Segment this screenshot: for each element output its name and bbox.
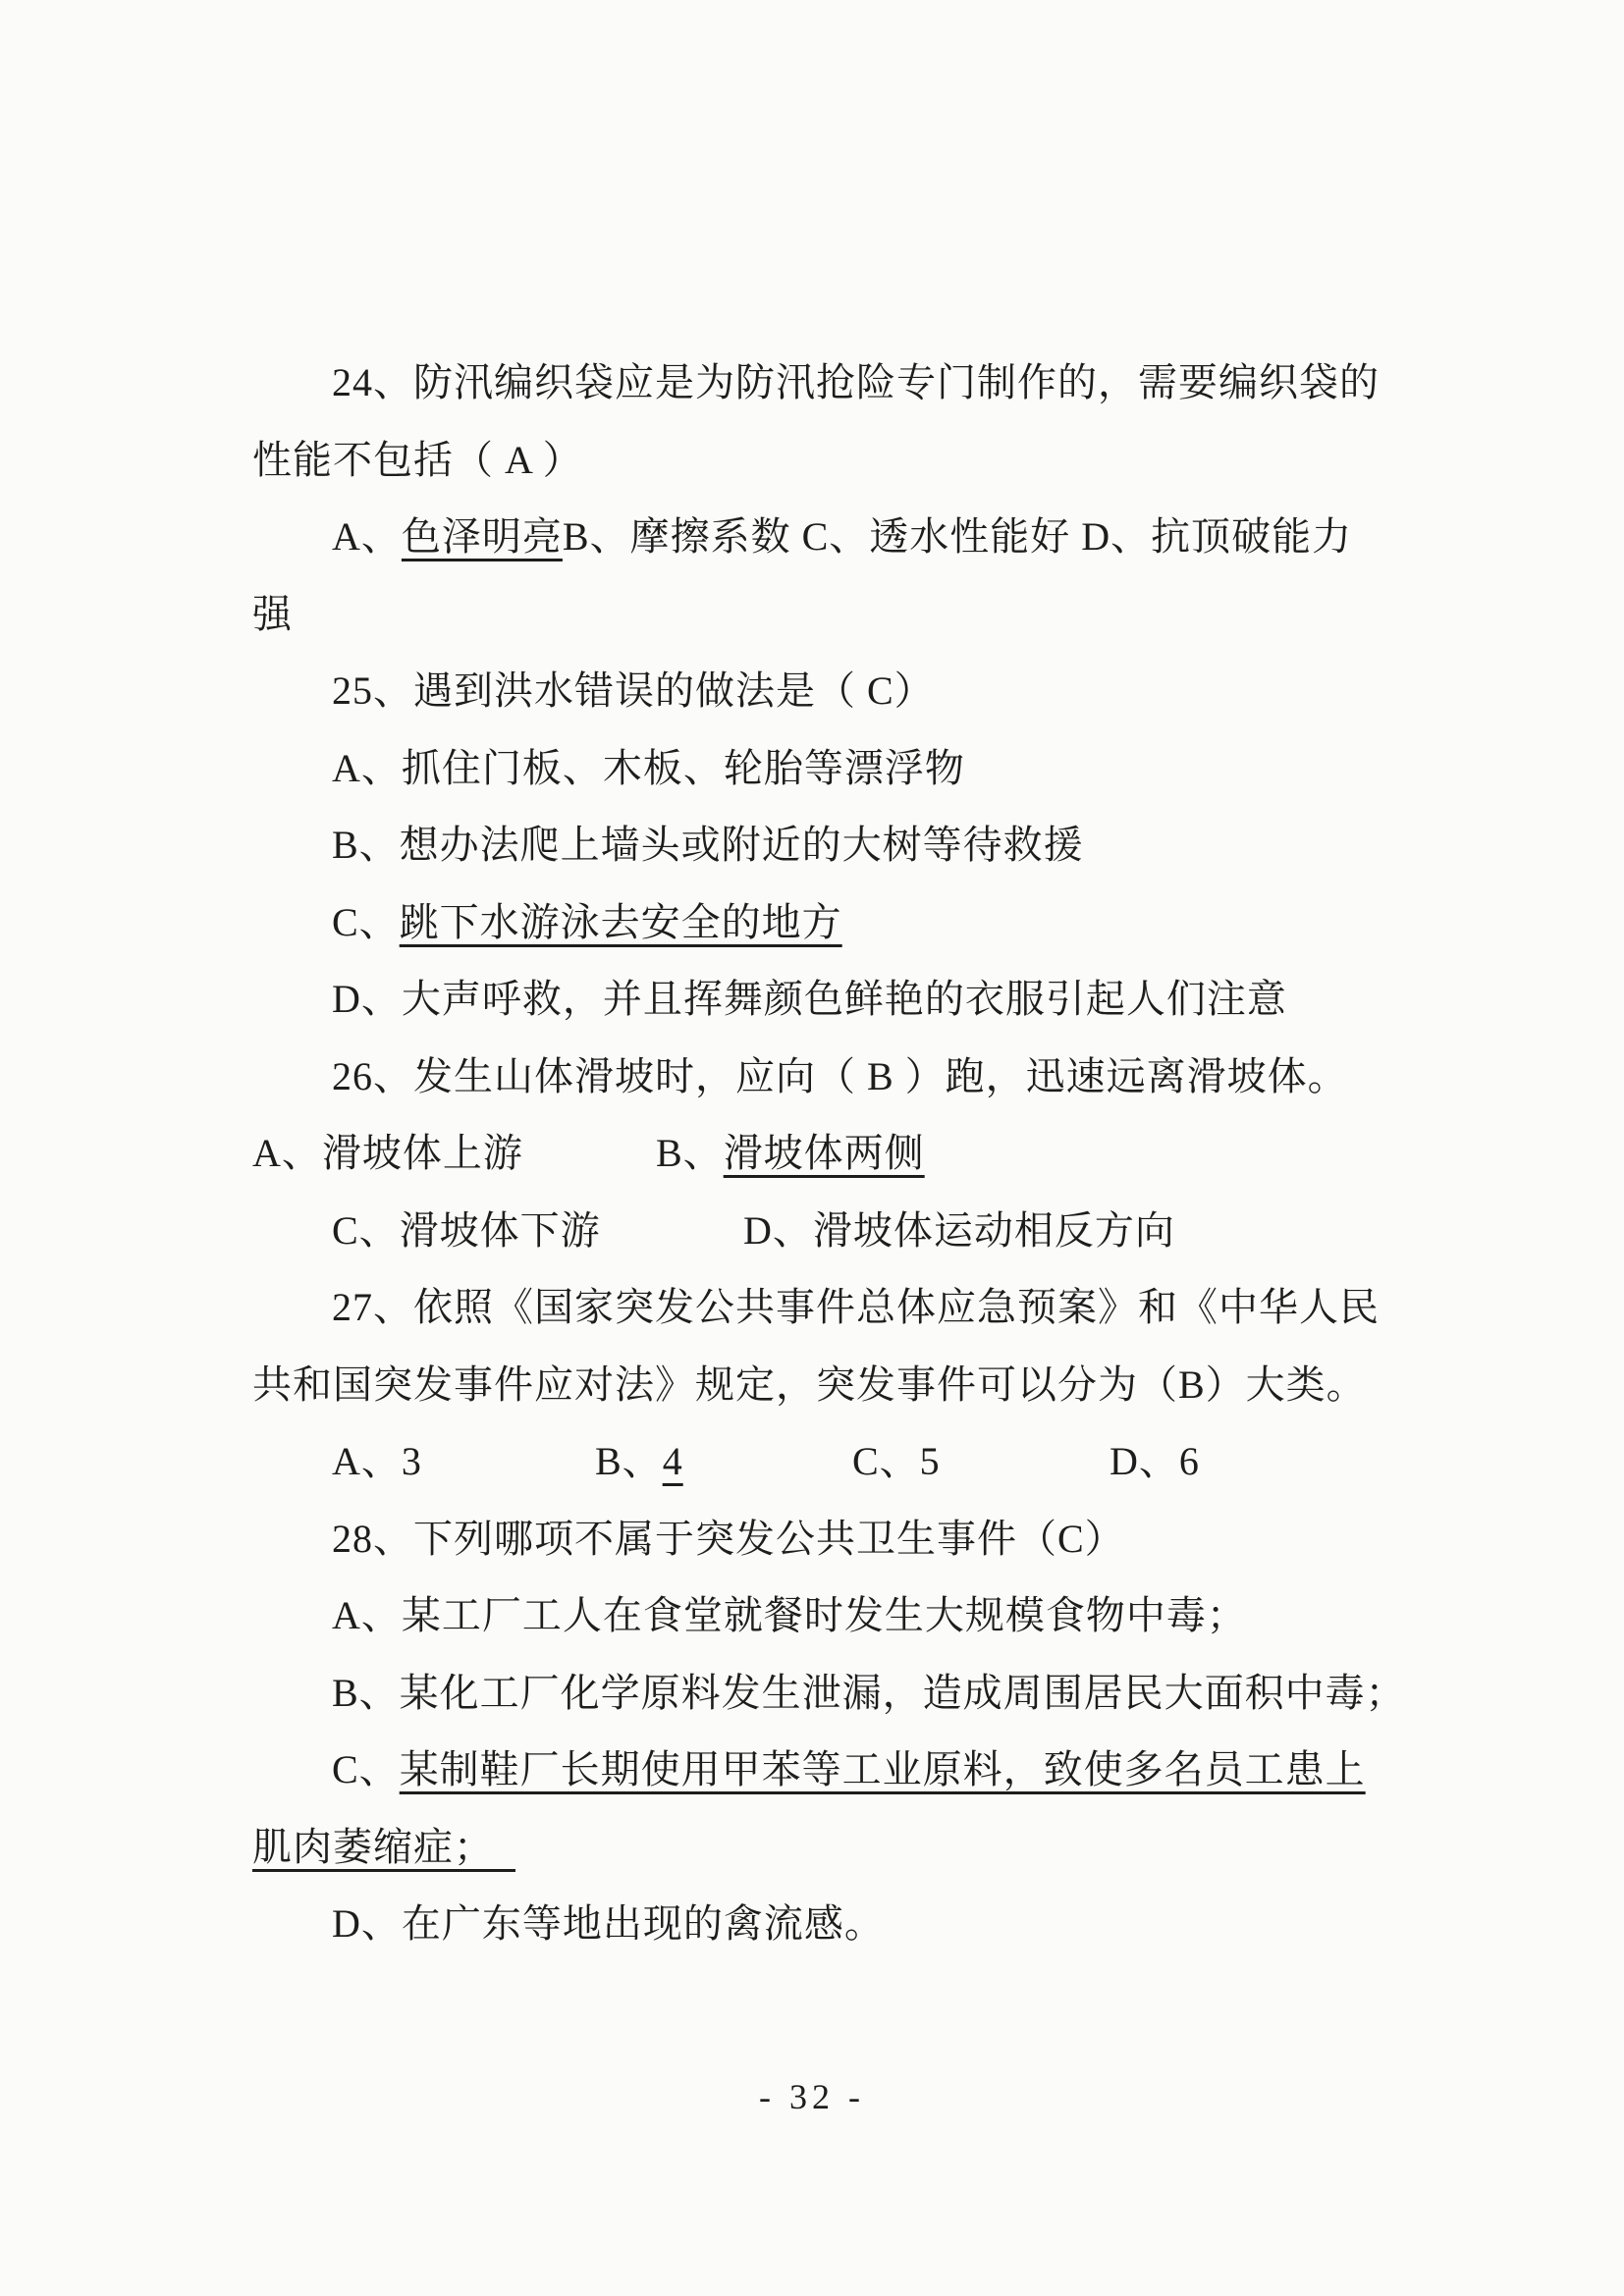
q25-option-d-text: D、大声呼救，并且挥舞颜色鲜艳的衣服引起人们注意 (332, 977, 1287, 1021)
q25-option-c-label: C、 (332, 900, 400, 944)
q27-option-c-text: C、5 (852, 1423, 941, 1500)
q28-option-c-line-2: 肌肉萎缩症； (252, 1809, 515, 1886)
q24-stem-line-2: 性能不包括（ A ） (252, 422, 583, 499)
q27-stem-line-2: 共和国突发事件应对法》规定，突发事件可以分为（B）大类。 (252, 1347, 1367, 1423)
q24-options-cont-line: 强 (252, 576, 293, 653)
q26-option-b-label: B、 (656, 1131, 724, 1175)
q26-option-a-text: A、滑坡体上游 (252, 1115, 523, 1192)
q27-stem-text-1: 27、依照《国家突发公共事件总体应急预案》和《中华人民 (332, 1285, 1380, 1329)
q27-answer-underlined: 4 (663, 1439, 683, 1483)
q28-stem-line: 28、下列哪项不属于突发公共卫生事件（C） (332, 1501, 1125, 1577)
q28-option-c-line-1: C、某制鞋厂长期使用甲苯等工业原料，致使多名员工患上 (332, 1732, 1366, 1808)
q24-stem-text-2: 性能不包括（ A ） (252, 438, 583, 482)
q25-option-d-line: D、大声呼救，并且挥舞颜色鲜艳的衣服引起人们注意 (332, 961, 1287, 1038)
q27-option-a-text: A、3 (332, 1423, 422, 1500)
q24-stem-line-1: 24、防汛编织袋应是为防汛抢险专门制作的，需要编织袋的 (332, 345, 1380, 421)
document-page: 24、防汛编织袋应是为防汛抢险专门制作的，需要编织袋的 性能不包括（ A ） A… (0, 0, 1624, 2296)
q25-answer-underlined: 跳下水游泳去安全的地方 (400, 900, 842, 944)
q26-answer-underlined: 滑坡体两侧 (724, 1131, 925, 1175)
q28-stem-text: 28、下列哪项不属于突发公共卫生事件（C） (332, 1517, 1125, 1561)
q24-answer-underlined: 色泽明亮 (402, 514, 563, 559)
q25-option-a-line: A、抓住门板、木板、轮胎等漂浮物 (332, 730, 965, 807)
q28-answer-underlined-2: 肌肉萎缩症； (252, 1825, 515, 1869)
q25-stem-line: 25、遇到洪水错误的做法是（ C） (332, 653, 935, 729)
q26-option-d-text: D、滑坡体运动相反方向 (743, 1193, 1175, 1269)
q26-stem-line: 26、发生山体滑坡时，应向（ B ）跑，迅速远离滑坡体。 (332, 1039, 1348, 1115)
q24-options-rest: B、摩擦系数 C、透水性能好 D、抗顶破能力 (563, 514, 1352, 559)
q25-option-a-text: A、抓住门板、木板、轮胎等漂浮物 (332, 746, 965, 790)
q27-option-b: B、4 (595, 1423, 683, 1500)
q27-stem-line-1: 27、依照《国家突发公共事件总体应急预案》和《中华人民 (332, 1269, 1380, 1346)
q25-option-b-text: B、想办法爬上墙头或附近的大树等待救援 (332, 823, 1084, 867)
q24-options-line: A、色泽明亮B、摩擦系数 C、透水性能好 D、抗顶破能力 (332, 499, 1352, 575)
q27-option-d-text: D、6 (1110, 1423, 1200, 1500)
q28-option-b-text: B、某化工厂化学原料发生泄漏，造成周围居民大面积中毒； (332, 1671, 1406, 1715)
q25-option-b-line: B、想办法爬上墙头或附近的大树等待救援 (332, 807, 1084, 883)
q28-option-a-text: A、某工厂工人在食堂就餐时发生大规模食物中毒； (332, 1593, 1247, 1637)
q24-option-a-label: A、 (332, 514, 402, 559)
q28-option-d-line: D、在广东等地出现的禽流感。 (332, 1886, 885, 1962)
q24-option-d-cont: 强 (252, 592, 293, 636)
q28-answer-underlined-1: 某制鞋厂长期使用甲苯等工业原料，致使多名员工患上 (400, 1747, 1366, 1791)
q26-option-b: B、滑坡体两侧 (656, 1115, 925, 1192)
q28-option-d-text: D、在广东等地出现的禽流感。 (332, 1901, 885, 1946)
page-number: - 32 - (0, 2058, 1624, 2135)
q27-stem-text-2: 共和国突发事件应对法》规定，突发事件可以分为（B）大类。 (252, 1362, 1367, 1407)
q28-option-c-label: C、 (332, 1747, 400, 1791)
q27-option-b-label: B、 (595, 1439, 663, 1483)
q26-option-c-text: C、滑坡体下游 (332, 1193, 601, 1269)
q25-stem-text: 25、遇到洪水错误的做法是（ C） (332, 668, 935, 713)
q28-option-a-line: A、某工厂工人在食堂就餐时发生大规模食物中毒； (332, 1577, 1247, 1654)
q26-stem-text: 26、发生山体滑坡时，应向（ B ）跑，迅速远离滑坡体。 (332, 1054, 1348, 1098)
q28-option-b-line: B、某化工厂化学原料发生泄漏，造成周围居民大面积中毒； (332, 1655, 1406, 1732)
q24-stem-text-1: 24、防汛编织袋应是为防汛抢险专门制作的，需要编织袋的 (332, 360, 1380, 404)
page-number-text: - 32 - (759, 2077, 865, 2116)
q25-option-c-line: C、跳下水游泳去安全的地方 (332, 884, 842, 961)
